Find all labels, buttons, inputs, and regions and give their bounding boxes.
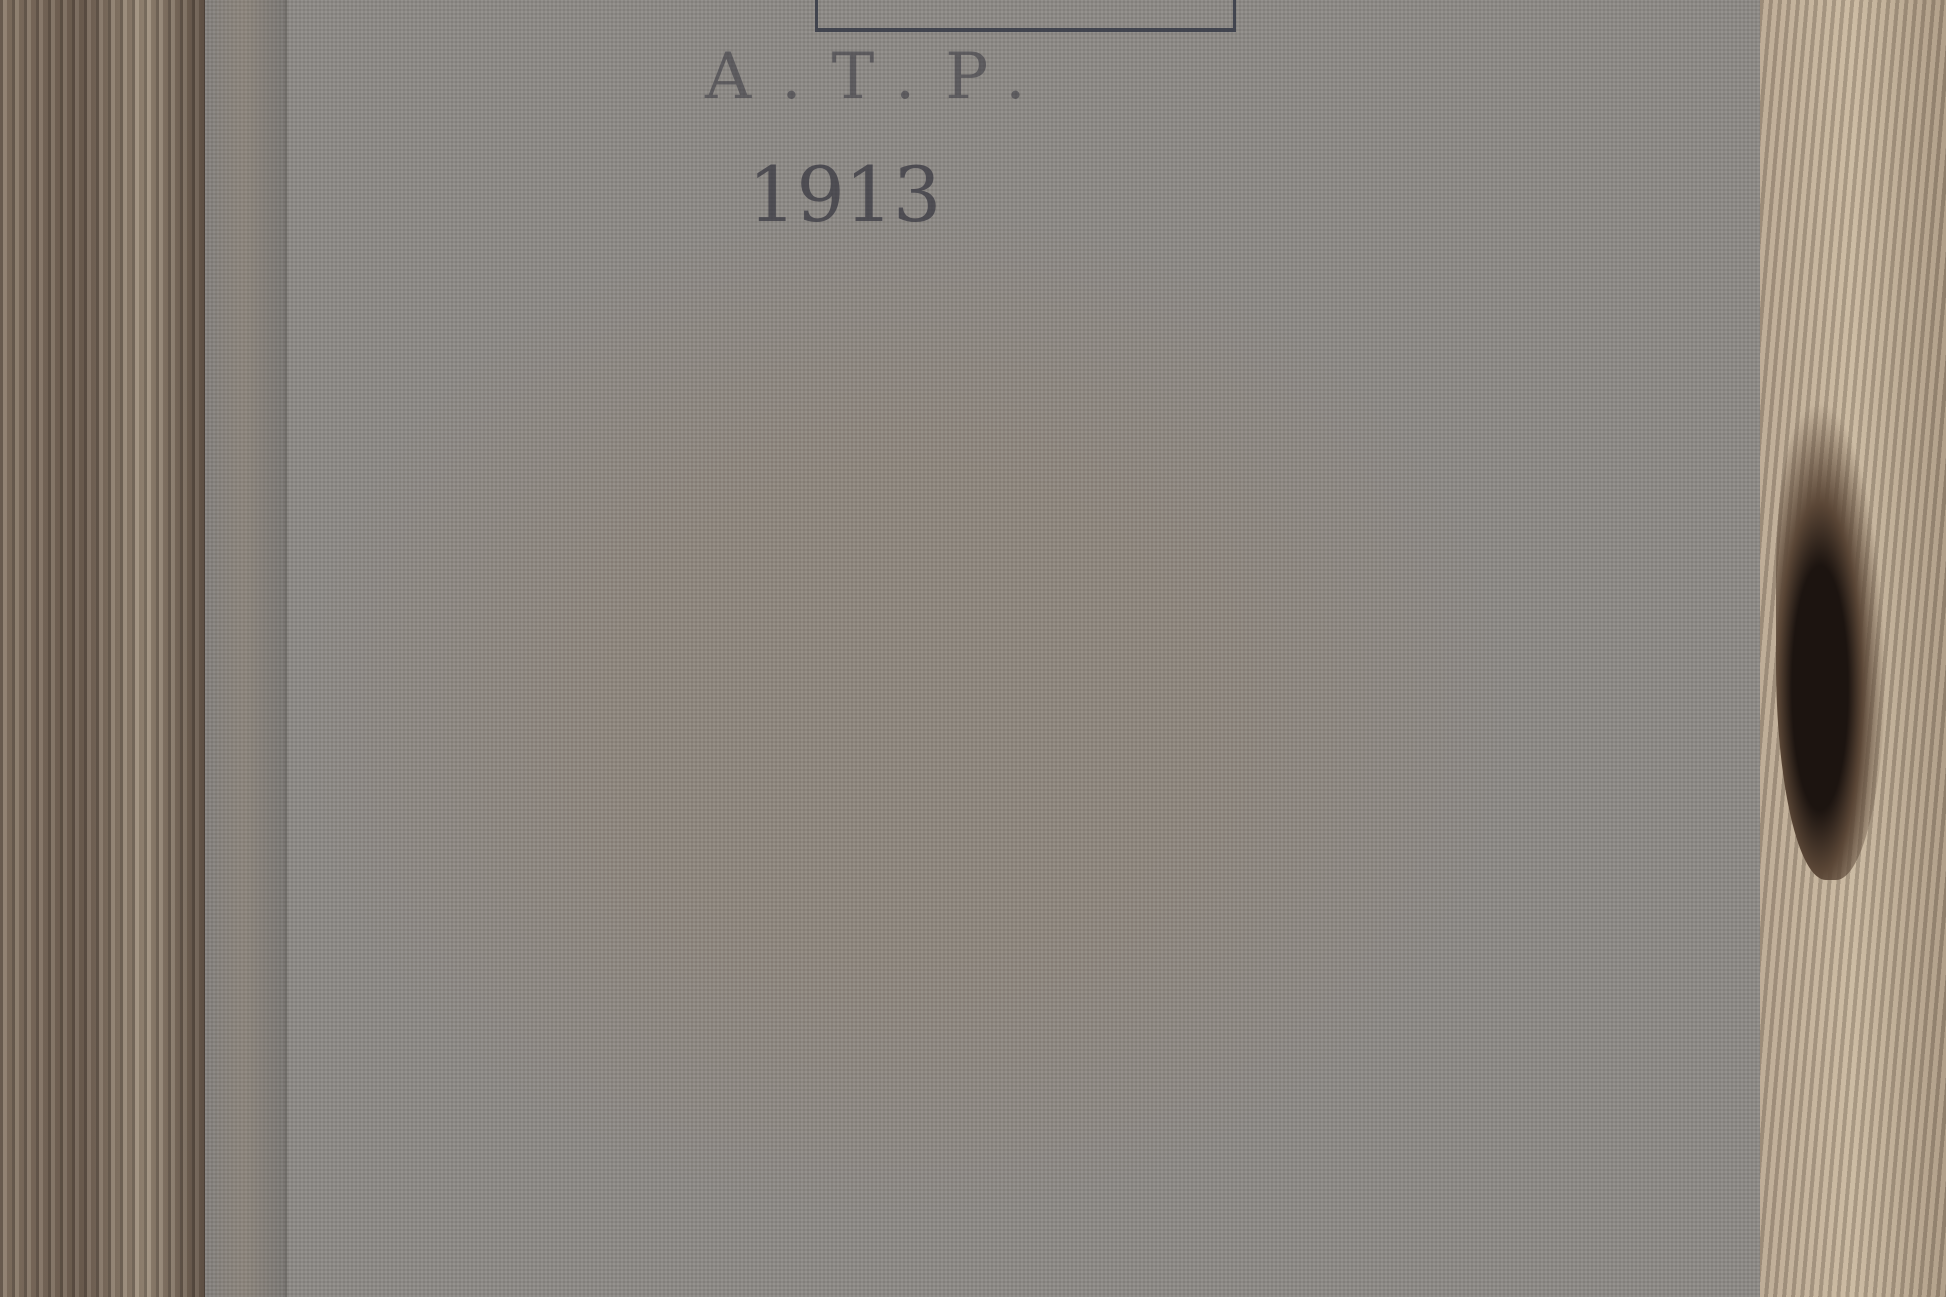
stamp-year: 1913 <box>748 150 941 239</box>
cloth-hem-seam <box>205 0 287 1297</box>
linen-cloth <box>205 0 1760 1297</box>
wooden-board-left <box>0 0 205 1297</box>
stamp-letters: A.T.P. <box>705 40 1056 114</box>
ink-stamp-box <box>815 0 1236 32</box>
wooden-board-right <box>1760 0 1946 1297</box>
wood-knot-hole <box>1776 400 1886 880</box>
